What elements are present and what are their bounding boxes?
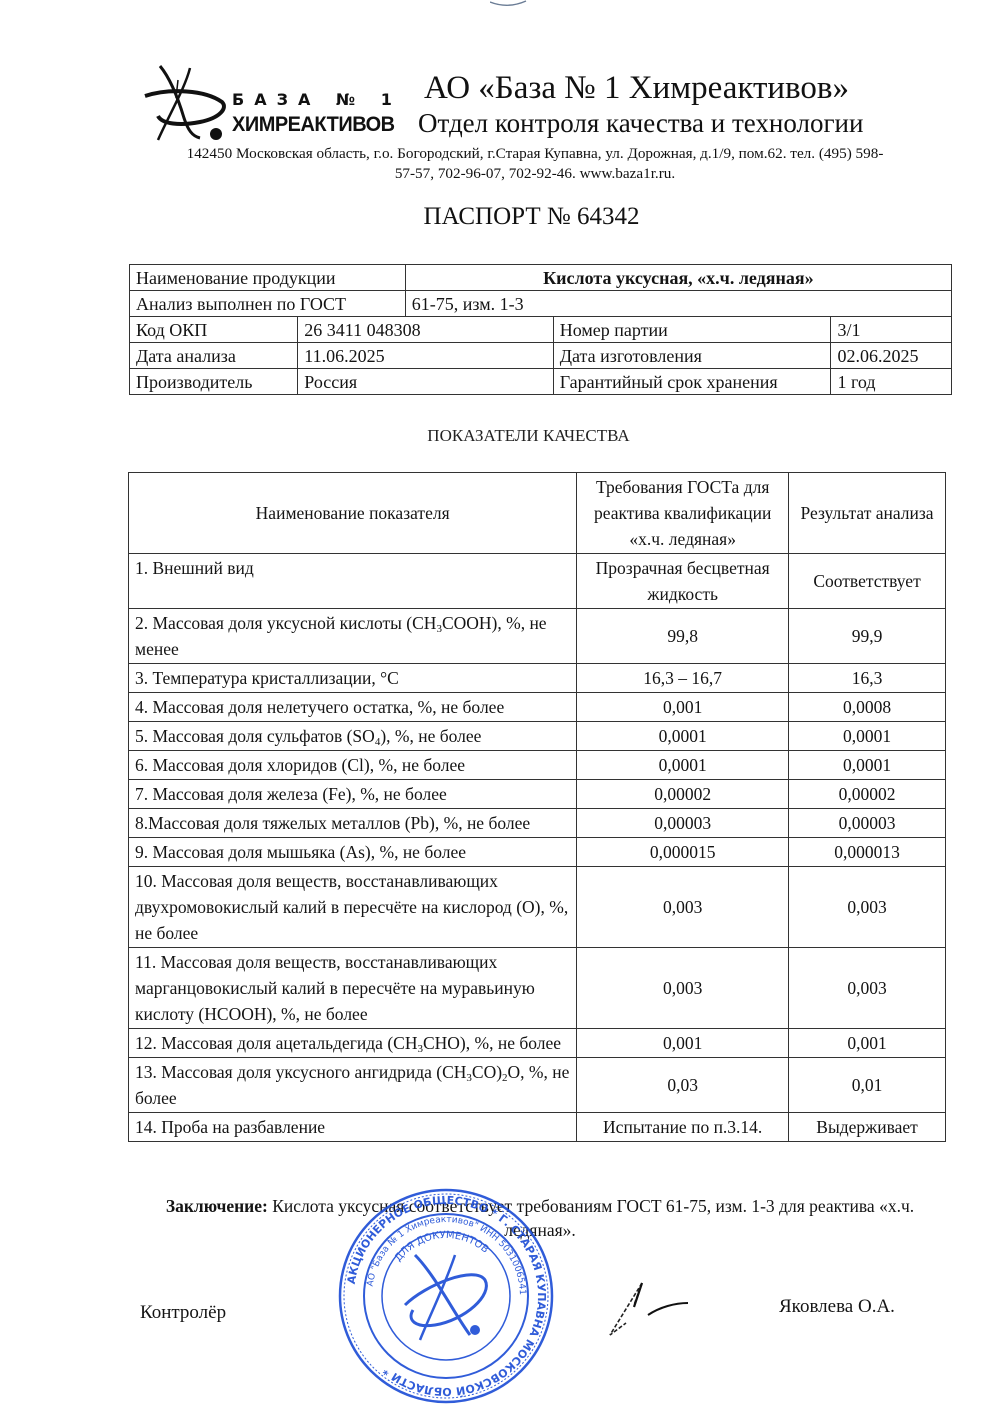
quality-row: 6. Массовая доля хлоридов (Cl), %, не бо… — [129, 751, 946, 780]
indicator-cell: 8.Массовая доля тяжелых металлов (Pb), %… — [129, 809, 577, 838]
requirement-cell: 16,3 – 16,7 — [577, 664, 789, 693]
quality-row: 11. Массовая доля веществ, восстанавлива… — [129, 948, 946, 1029]
indicator-cell: 9. Массовая доля мышьяка (As), %, не бол… — [129, 838, 577, 867]
indicator-name-part: CHO), %, не более — [423, 1033, 561, 1053]
requirement-cell: 0,003 — [577, 867, 789, 948]
address-line-1: 142450 Московская область, г.о. Богородс… — [140, 144, 930, 164]
indicator-name: 7. Массовая доля железа (Fe), %, не боле… — [135, 784, 447, 804]
quality-row: 9. Массовая доля мышьяка (As), %, не бол… — [129, 838, 946, 867]
address-line-2: 57-57, 702-96-07, 702-92-46. www.baza1r.… — [140, 164, 930, 184]
requirement-cell: 0,001 — [577, 1029, 789, 1058]
requirement-cell: 0,001 — [577, 693, 789, 722]
indicator-cell: 14. Проба на разбавление — [129, 1113, 577, 1142]
quality-row: 5. Массовая доля сульфатов (SO4), %, не … — [129, 722, 946, 751]
logo-text-top: БАЗА № 1 — [232, 90, 402, 109]
requirement-cell: 0,03 — [577, 1058, 789, 1113]
quality-row: 3. Температура кристаллизации, °C16,3 – … — [129, 664, 946, 693]
quality-row: 7. Массовая доля железа (Fe), %, не боле… — [129, 780, 946, 809]
result-cell: 16,3 — [789, 664, 946, 693]
indicator-cell: 4. Массовая доля нелетучего остатка, %, … — [129, 693, 577, 722]
scan-mark — [490, 0, 540, 10]
indicator-cell: 1. Внешний вид — [129, 554, 577, 609]
quality-row: 10. Массовая доля веществ, восстанавлива… — [129, 867, 946, 948]
analysis-date-value: 11.06.2025 — [298, 343, 553, 369]
company-address: 142450 Московская область, г.о. Богородс… — [140, 144, 930, 184]
indicator-cell: 10. Массовая доля веществ, восстанавлива… — [129, 867, 577, 948]
header-requirement: Требования ГОСТа для реактива квалификац… — [577, 473, 789, 554]
requirement-cell: 0,0001 — [577, 722, 789, 751]
gost-label: Анализ выполнен по ГОСТ — [130, 291, 406, 317]
company-seal-icon: АКЦИОНЕРНОЕ ОБЩЕСТВО * Г. СТАРАЯ КУПАВНА… — [335, 1185, 557, 1407]
result-cell: Выдерживает — [789, 1113, 946, 1142]
logo-text-bottom: ХИМРЕАКТИВОВ — [232, 113, 395, 137]
indicator-cell: 5. Массовая доля сульфатов (SO4), %, не … — [129, 722, 577, 751]
result-cell: 99,9 — [789, 609, 946, 664]
quality-header-row: Наименование показателя Требования ГОСТа… — [129, 473, 946, 554]
requirement-cell: 0,00003 — [577, 809, 789, 838]
requirement-cell: 0,00002 — [577, 780, 789, 809]
requirement-cell: 0,000015 — [577, 838, 789, 867]
product-value: Кислота уксусная, «х.ч. ледяная» — [405, 265, 951, 291]
result-cell: 0,001 — [789, 1029, 946, 1058]
result-cell: 0,00003 — [789, 809, 946, 838]
indicator-cell: 2. Массовая доля уксусной кислоты (CH3CO… — [129, 609, 577, 664]
info-row-gost: Анализ выполнен по ГОСТ 61-75, изм. 1-3 — [130, 291, 952, 317]
header-indicator-name: Наименование показателя — [129, 473, 577, 554]
department-name: Отдел контроля качества и технологии — [418, 108, 863, 139]
header-result: Результат анализа — [789, 473, 946, 554]
analysis-date-label: Дата анализа — [130, 343, 298, 369]
indicator-name-part: 2. Массовая доля уксусной кислоты (CH — [135, 613, 436, 633]
result-cell: 0,01 — [789, 1058, 946, 1113]
indicator-name: 9. Массовая доля мышьяка (As), %, не бол… — [135, 842, 466, 862]
result-cell: 0,0001 — [789, 722, 946, 751]
indicator-name: 3. Температура кристаллизации, °C — [135, 668, 399, 688]
requirement-cell: Испытание по п.3.14. — [577, 1113, 789, 1142]
shelf-life-value: 1 год — [831, 369, 952, 395]
quality-row: 2. Массовая доля уксусной кислоты (CH3CO… — [129, 609, 946, 664]
indicator-cell: 11. Массовая доля веществ, восстанавлива… — [129, 948, 577, 1029]
quality-table: Наименование показателя Требования ГОСТа… — [128, 472, 946, 1142]
quality-row: 4. Массовая доля нелетучего остатка, %, … — [129, 693, 946, 722]
indicator-name: 8.Массовая доля тяжелых металлов (Pb), %… — [135, 813, 530, 833]
result-cell: 0,003 — [789, 867, 946, 948]
quality-row: 13. Массовая доля уксусного ангидрида (C… — [129, 1058, 946, 1113]
product-info-table: Наименование продукции Кислота уксусная,… — [129, 264, 952, 395]
requirement-cell: 99,8 — [577, 609, 789, 664]
indicator-name-part: ), %, не более — [380, 726, 481, 746]
quality-section-title: ПОКАЗАТЕЛИ КАЧЕСТВА — [0, 426, 1000, 446]
indicator-name-part: 5. Массовая доля сульфатов (SO — [135, 726, 375, 746]
manufacture-date-label: Дата изготовления — [553, 343, 831, 369]
indicator-name: 6. Массовая доля хлоридов (Cl), %, не бо… — [135, 755, 465, 775]
result-cell: 0,00002 — [789, 780, 946, 809]
info-row-product: Наименование продукции Кислота уксусная,… — [130, 265, 952, 291]
indicator-name: 1. Внешний вид — [135, 558, 254, 578]
indicator-name-part: 13. Массовая доля уксусного ангидрида (C… — [135, 1062, 466, 1082]
info-row-okp: Код ОКП 26 3411 048308 Номер партии 3/1 — [130, 317, 952, 343]
indicator-name-part: CO) — [472, 1062, 502, 1082]
indicator-cell: 7. Массовая доля железа (Fe), %, не боле… — [129, 780, 577, 809]
quality-row: 1. Внешний видПрозрачная бесцветная жидк… — [129, 554, 946, 609]
result-cell: 0,003 — [789, 948, 946, 1029]
indicator-name: 4. Массовая доля нелетучего остатка, %, … — [135, 697, 504, 717]
quality-row: 8.Массовая доля тяжелых металлов (Pb), %… — [129, 809, 946, 838]
indicator-name: 11. Массовая доля веществ, восстанавлива… — [135, 952, 535, 1024]
company-name: АО «База № 1 Химреактивов» — [424, 70, 849, 107]
indicator-cell: 13. Массовая доля уксусного ангидрида (C… — [129, 1058, 577, 1113]
producer-value: Россия — [298, 369, 553, 395]
passport-title: ПАСПОРТ № 64342 — [0, 203, 1000, 231]
result-cell: 0,000013 — [789, 838, 946, 867]
indicator-name: 14. Проба на разбавление — [135, 1117, 325, 1137]
gost-value: 61-75, изм. 1-3 — [405, 291, 951, 317]
info-row-dates: Дата анализа 11.06.2025 Дата изготовлени… — [130, 343, 952, 369]
producer-label: Производитель — [130, 369, 298, 395]
okp-value: 26 3411 048308 — [298, 317, 553, 343]
indicator-cell: 3. Температура кристаллизации, °C — [129, 664, 577, 693]
product-label: Наименование продукции — [130, 265, 406, 291]
manufacture-date-value: 02.06.2025 — [831, 343, 952, 369]
batch-value: 3/1 — [831, 317, 952, 343]
conclusion-label: Заключение: — [166, 1196, 268, 1216]
shelf-life-label: Гарантийный срок хранения — [553, 369, 831, 395]
controller-role: Контролёр — [140, 1302, 226, 1324]
indicator-cell: 12. Массовая доля ацетальдегида (CH3CHO)… — [129, 1029, 577, 1058]
requirement-cell: Прозрачная бесцветная жидкость — [577, 554, 789, 609]
result-cell: 0,0008 — [789, 693, 946, 722]
company-logo-icon — [140, 58, 230, 143]
quality-row: 14. Проба на разбавлениеИспытание по п.3… — [129, 1113, 946, 1142]
batch-label: Номер партии — [553, 317, 831, 343]
signature-icon — [590, 1275, 700, 1355]
indicator-name: 10. Массовая доля веществ, восстанавлива… — [135, 871, 568, 943]
indicator-cell: 6. Массовая доля хлоридов (Cl), %, не бо… — [129, 751, 577, 780]
signer-name: Яковлева О.А. — [779, 1296, 895, 1318]
result-cell: Соответствует — [789, 554, 946, 609]
quality-row: 12. Массовая доля ацетальдегида (CH3CHO)… — [129, 1029, 946, 1058]
indicator-name-part: 12. Массовая доля ацетальдегида (CH — [135, 1033, 417, 1053]
result-cell: 0,0001 — [789, 751, 946, 780]
requirement-cell: 0,003 — [577, 948, 789, 1029]
requirement-cell: 0,0001 — [577, 751, 789, 780]
okp-label: Код ОКП — [130, 317, 298, 343]
info-row-producer: Производитель Россия Гарантийный срок хр… — [130, 369, 952, 395]
